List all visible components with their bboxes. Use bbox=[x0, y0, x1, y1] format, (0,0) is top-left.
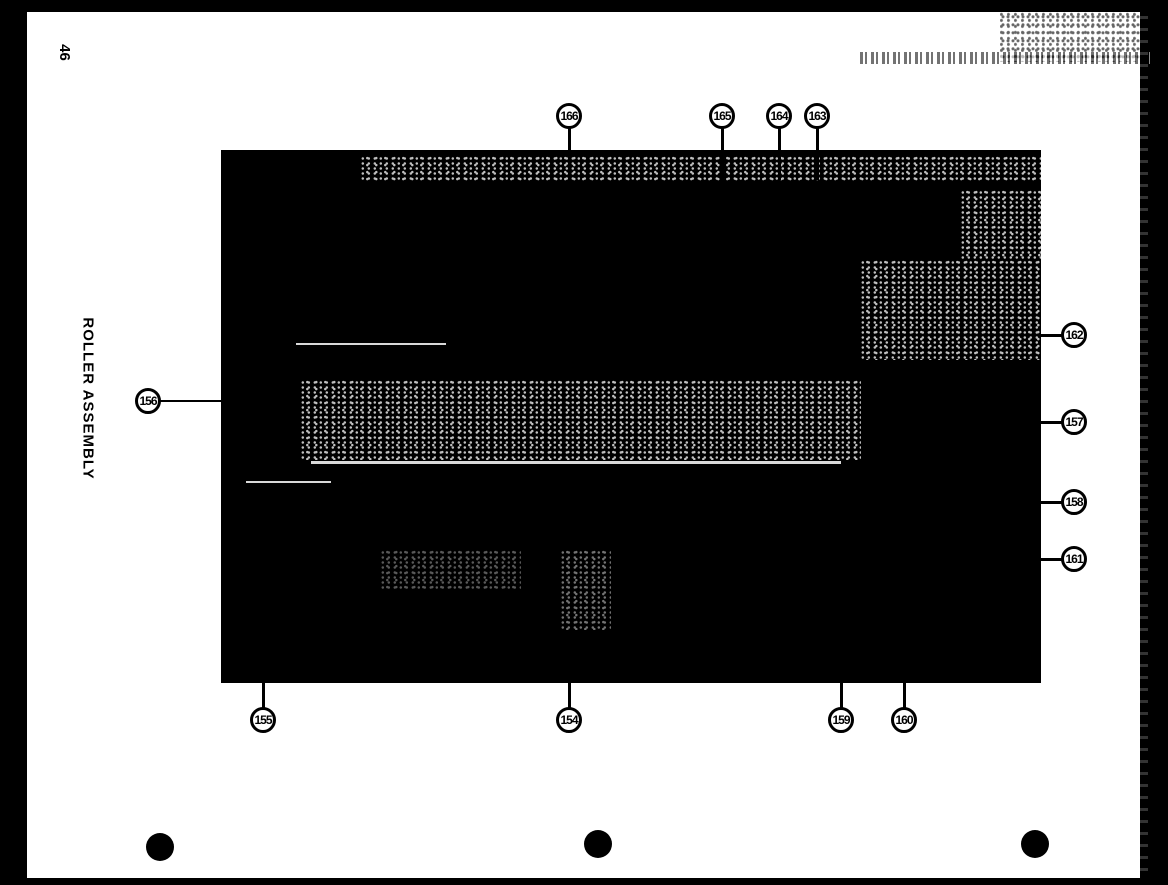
callout-157: 157 bbox=[1061, 409, 1087, 435]
callout-158: 158 bbox=[1061, 489, 1087, 515]
callout-161: 161 bbox=[1061, 546, 1087, 572]
page-number: 46 bbox=[56, 44, 73, 61]
scan-artifact-band bbox=[860, 52, 1150, 64]
page-title: ROLLER ASSEMBLY bbox=[80, 309, 97, 489]
callout-162: 162 bbox=[1061, 322, 1087, 348]
callout-166: 166 bbox=[556, 103, 582, 129]
binder-hole bbox=[584, 830, 612, 858]
callout-165: 165 bbox=[709, 103, 735, 129]
callout-164: 164 bbox=[766, 103, 792, 129]
binder-hole bbox=[146, 833, 174, 861]
callout-160: 160 bbox=[891, 707, 917, 733]
callout-163: 163 bbox=[804, 103, 830, 129]
callout-155: 155 bbox=[250, 707, 276, 733]
roller-assembly-photo bbox=[221, 150, 1041, 683]
binder-hole bbox=[1021, 830, 1049, 858]
callout-154: 154 bbox=[556, 707, 582, 733]
scan-artifact-edge bbox=[1140, 12, 1148, 878]
callout-156: 156 bbox=[135, 388, 161, 414]
callout-159: 159 bbox=[828, 707, 854, 733]
